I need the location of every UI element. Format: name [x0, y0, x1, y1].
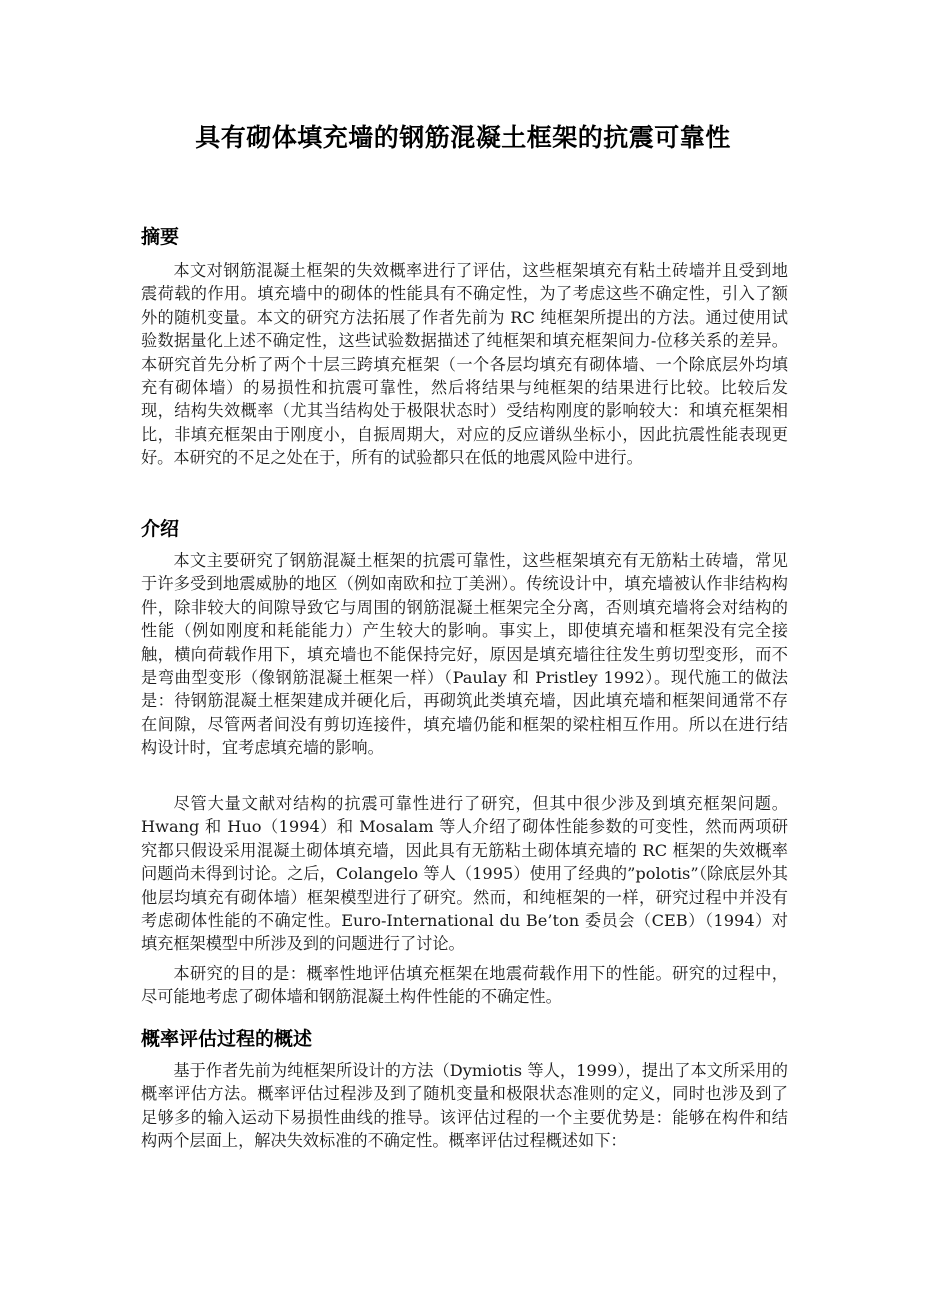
section-heading-overview: 概率评估过程的概述: [141, 1024, 312, 1051]
introduction-paragraph-3: 本研究的目的是：概率性地评估填充框架在地震荷载作用下的性能。研究的过程中，尽可能…: [141, 962, 788, 1009]
overview-paragraph: 基于作者先前为纯框架所设计的方法（Dymiotis 等人，1999），提出了本文…: [141, 1059, 788, 1153]
section-heading-introduction: 介绍: [141, 514, 179, 541]
introduction-paragraph-2: 尽管大量文献对结构的抗震可靠性进行了研究，但其中很少涉及到填充框架问题。Hwan…: [141, 792, 788, 956]
document-title: 具有砌体填充墙的钢筋混凝土框架的抗震可靠性: [0, 118, 926, 154]
abstract-paragraph: 本文对钢筋混凝土框架的失效概率进行了评估，这些框架填充有粘土砖墙并且受到地震荷载…: [141, 259, 788, 470]
section-heading-abstract: 摘要: [141, 222, 179, 249]
introduction-paragraph-1: 本文主要研究了钢筋混凝土框架的抗震可靠性，这些框架填充有无筋粘土砖墙，常见于许多…: [141, 549, 788, 760]
